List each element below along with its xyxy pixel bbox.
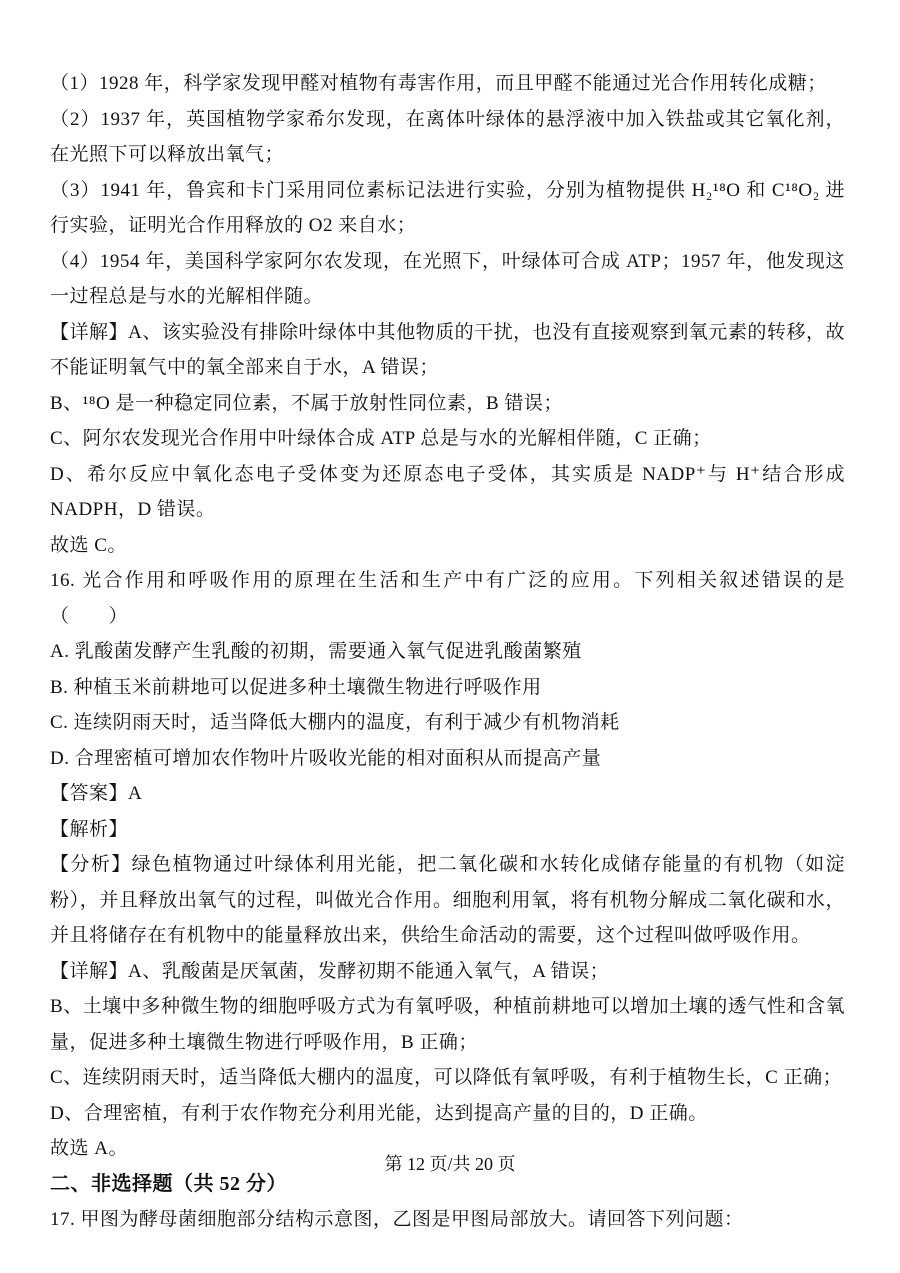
question-17-stem: 17. 甲图为酵母菌细胞部分结构示意图，乙图是甲图局部放大。请回答下列问题： xyxy=(50,1202,845,1238)
q15-detail-option-c: C、阿尔农发现光合作用中叶绿体合成 ATP 总是与水的光解相伴随，C 正确； xyxy=(50,421,845,457)
q16-detail-option-b: B、土壤中多种微生物的细胞呼吸方式为有氧呼吸，种植前耕地可以增加土壤的透气性和含… xyxy=(50,989,845,1060)
q16-detail-option-c: C、连续阴雨天时，适当降低大棚内的温度，可以降低有氧呼吸，有利于植物生长，C 正… xyxy=(50,1060,845,1096)
q15-detail-option-b: B、¹⁸O 是一种稳定同位素，不属于放射性同位素，B 错误； xyxy=(50,386,845,422)
history-item-1: （1）1928 年，科学家发现甲醛对植物有毒害作用，而且甲醛不能通过光合作用转化… xyxy=(50,66,845,102)
question-16-option-c: C. 连续阴雨天时，适当降低大棚内的温度，有利于减少有机物消耗 xyxy=(50,705,845,741)
page-number-indicator: 第 12 页/共 20 页 xyxy=(0,1150,900,1178)
exam-answer-page: （1）1928 年，科学家发现甲醛对植物有毒害作用，而且甲醛不能通过光合作用转化… xyxy=(0,0,900,1273)
q16-analysis: 【分析】绿色植物通过叶绿体利用光能，把二氧化碳和水转化成储存能量的有机物（如淀粉… xyxy=(50,847,845,954)
history-item-4: （4）1954 年，美国科学家阿尔农发现，在光照下，叶绿体可合成 ATP；195… xyxy=(50,244,845,315)
question-16-stem: 16. 光合作用和呼吸作用的原理在生活和生产中有广泛的应用。下列相关叙述错误的是… xyxy=(50,563,845,634)
q15-conclusion: 故选 C。 xyxy=(50,528,845,564)
q16-analysis-label: 【解析】 xyxy=(50,812,845,848)
q16-detail-option-a: 【详解】A、乳酸菌是厌氧菌，发酵初期不能通入氧气，A 错误； xyxy=(50,954,845,990)
q15-detail-option-d: D、希尔反应中氧化态电子受体变为还原态电子受体，其实质是 NADP⁺与 H⁺结合… xyxy=(50,457,845,528)
q16-answer: 【答案】A xyxy=(50,776,845,812)
history-item-2: （2）1937 年，英国植物学家希尔发现，在离体叶绿体的悬浮液中加入铁盐或其它氧… xyxy=(50,102,845,173)
question-16-option-d: D. 合理密植可增加农作物叶片吸收光能的相对面积从而提高产量 xyxy=(50,741,845,777)
q16-detail-option-d: D、合理密植，有利于农作物充分利用光能，达到提高产量的目的，D 正确。 xyxy=(50,1096,845,1132)
page-body: （1）1928 年，科学家发现甲醛对植物有毒害作用，而且甲醛不能通过光合作用转化… xyxy=(50,66,845,1238)
question-16-option-a: A. 乳酸菌发酵产生乳酸的初期，需要通入氧气促进乳酸菌繁殖 xyxy=(50,634,845,670)
history-item-3: （3）1941 年，鲁宾和卡门采用同位素标记法进行实验，分别为植物提供 H₂¹⁸… xyxy=(50,173,845,244)
question-16-option-b: B. 种植玉米前耕地可以促进多种土壤微生物进行呼吸作用 xyxy=(50,670,845,706)
q15-detail-option-a: 【详解】A、该实验没有排除叶绿体中其他物质的干扰，也没有直接观察到氧元素的转移，… xyxy=(50,315,845,386)
